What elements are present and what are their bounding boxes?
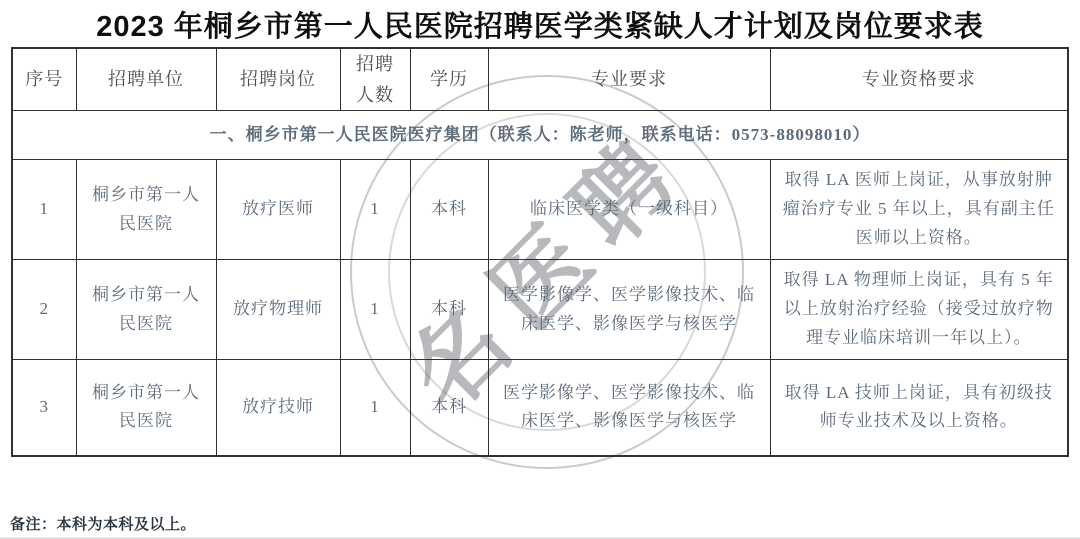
col-header-major: 专业要求	[488, 48, 770, 111]
footnote: 备注：本科为本科及以上。	[10, 513, 196, 534]
cell-qualification: 取得 LA 医师上岗证，从事放射肿瘤治疗专业 5 年以上，具有副主任医师以上资格…	[770, 160, 1068, 260]
document-page: 名医聘 2023 年桐乡市第一人民医院招聘医学类紧缺人才计划及岗位要求表 序号 …	[0, 0, 1080, 539]
section-header: 一、桐乡市第一人民医院医疗集团（联系人：陈老师，联系电话：0573-880980…	[12, 111, 1068, 160]
cell-education: 本科	[410, 360, 488, 456]
section-header-row: 一、桐乡市第一人民医院医疗集团（联系人：陈老师，联系电话：0573-880980…	[12, 111, 1068, 160]
col-header-count: 招聘人数	[340, 48, 410, 111]
recruitment-table: 序号 招聘单位 招聘岗位 招聘人数 学历 专业要求 专业资格要求 一、桐乡市第一…	[11, 47, 1069, 457]
cell-unit: 桐乡市第一人民医院	[76, 260, 216, 360]
cell-count: 1	[340, 160, 410, 260]
col-header-unit: 招聘单位	[76, 48, 216, 111]
cell-education: 本科	[410, 260, 488, 360]
table-row: 2 桐乡市第一人民医院 放疗物理师 1 本科 医学影像学、医学影像技术、临床医学…	[12, 260, 1068, 360]
cell-qualification: 取得 LA 技师上岗证，具有初级技师专业技术及以上资格。	[770, 360, 1068, 456]
table-row: 1 桐乡市第一人民医院 放疗医师 1 本科 临床医学类（一级科目） 取得 LA …	[12, 160, 1068, 260]
col-header-education: 学历	[410, 48, 488, 111]
cell-position: 放疗技师	[216, 360, 340, 456]
cell-no: 3	[12, 360, 76, 456]
cell-major: 医学影像学、医学影像技术、临床医学、影像医学与核医学	[488, 260, 770, 360]
table-row: 3 桐乡市第一人民医院 放疗技师 1 本科 医学影像学、医学影像技术、临床医学、…	[12, 360, 1068, 456]
col-header-no: 序号	[12, 48, 76, 111]
table-header-row: 序号 招聘单位 招聘岗位 招聘人数 学历 专业要求 专业资格要求	[12, 48, 1068, 111]
cell-major: 医学影像学、医学影像技术、临床医学、影像医学与核医学	[488, 360, 770, 456]
page-title: 2023 年桐乡市第一人民医院招聘医学类紧缺人才计划及岗位要求表	[0, 4, 1080, 45]
cell-qualification: 取得 LA 物理师上岗证，具有 5 年以上放射治疗经验（接受过放疗物理专业临床培…	[770, 260, 1068, 360]
cell-major: 临床医学类（一级科目）	[488, 160, 770, 260]
cell-education: 本科	[410, 160, 488, 260]
cell-no: 2	[12, 260, 76, 360]
cell-count: 1	[340, 360, 410, 456]
cell-unit: 桐乡市第一人民医院	[76, 160, 216, 260]
cell-no: 1	[12, 160, 76, 260]
col-header-position: 招聘岗位	[216, 48, 340, 111]
col-header-qualification: 专业资格要求	[770, 48, 1068, 111]
cell-count: 1	[340, 260, 410, 360]
cell-position: 放疗物理师	[216, 260, 340, 360]
cell-unit: 桐乡市第一人民医院	[76, 360, 216, 456]
cell-position: 放疗医师	[216, 160, 340, 260]
